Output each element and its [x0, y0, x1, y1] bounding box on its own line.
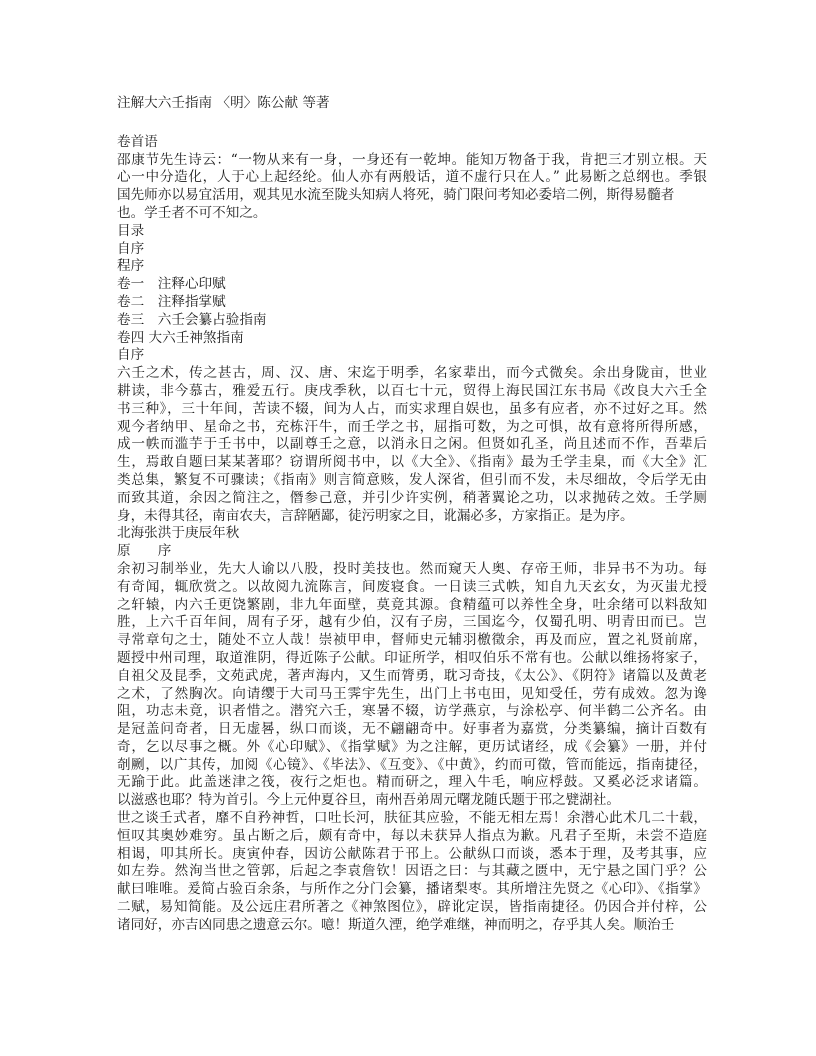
text-line: 生，焉敢自题曰某某著耶？窃谓所阅书中，以《大全》、《指南》最为壬学圭臬，而《大全… — [117, 454, 707, 472]
text-line: 身，未得其径，南亩农夫，言辞陋鄙，徒污明家之目，讹漏必多，方家指正。是为序。 — [117, 508, 707, 526]
text-line: 阻，功志未竟，识者惜之。潜究六壬，寒暑不辍，访学燕京，与涂松亭、何半鹤二公齐名。… — [117, 703, 707, 721]
text-line: 类总集，繁复不可骤读；《指南》则言简意赅，发人深省，但引而不发，未尽细故，令后学… — [117, 472, 707, 490]
text-line: 是冠盖问奇者，日无虚晷，纵口而谈，无不翩翩奇中。好事者为嘉赏，分类纂编，摘计百数… — [117, 721, 707, 739]
text-line: 之术，了然胸次。向请缨于大司马王霁宇先生，出门上书屯田，见知受任，劳有成效。忽为… — [117, 686, 707, 704]
text-line: 以滋惑也耶？特为首引。今上元仲夏谷旦，南州吾弟周元曙龙随氏题于邗之甓湖社。 — [117, 792, 707, 810]
document-page: 注解大六壬指南 〈明〉陈公献 等著 卷首语邵康节先生诗云：“一物从来有一身，一身… — [117, 95, 707, 935]
text-line: 程序 — [117, 258, 707, 276]
text-line: 有奇闻，辄欣赏之。以故阅九流陈言，间废寝食。一日读三式帙，知自九天玄女，为灭蚩尤… — [117, 579, 707, 597]
text-line: 自序 — [117, 241, 707, 259]
text-line: 书三种》，三十年间，苦读不辍，间为人占，而实求理自娱也，虽多有应者，亦不过好之耳… — [117, 401, 707, 419]
text-line: 世之谈壬式者，靡不自矜神哲，口吐长河，肤征其应验，不能无相左焉！余潜心此术几二十… — [117, 810, 707, 828]
text-line: 邵康节先生诗云：“一物从来有一身，一身还有一乾坤。能知万物备于我，肯把三才别立根… — [117, 152, 707, 170]
text-line: 而致其道，余因之简注之，僭参己意，并引少许实例，稍著翼论之功，以求抛砖之效。壬学… — [117, 490, 707, 508]
text-line: 也。学壬者不可不知之。 — [117, 205, 707, 223]
text-line: 卷四 大六壬神煞指南 — [117, 330, 707, 348]
text-line: 卷一 注释心印赋 — [117, 276, 707, 294]
text-line: 目录 — [117, 223, 707, 241]
text-line: 寻常章句之士，随处不立人哉！崇祯甲申，督师史元辅羽檄徵余，再及而应，置之礼贤前席… — [117, 632, 707, 650]
text-line: 如左券。然洵当世之管郭，后起之李袁詹钦！因语之曰：与其藏之匮中，无宁悬之国门乎？… — [117, 863, 707, 881]
text-line: 成一帙而滥芋于壬书中，以副尊壬之意，以消永日之闲。但贤如孔圣，尚且述而不作，吾辈… — [117, 436, 707, 454]
text-line: 心一中分造化，人于心上起经纶。仙人亦有两般话，道不虚行只在人。” 此易断之总纲也… — [117, 169, 707, 187]
text-line: 卷首语 — [117, 134, 707, 152]
text-line: 诸同好，亦吉凶同患之遗意云尔。噫！斯道久湮，绝学难继，神而明之，存乎其人矣。顺治… — [117, 917, 707, 935]
text-line: 北海张洪于庚辰年秋 — [117, 525, 707, 543]
text-line: 自祖父及昆季，文苑武虎，著声海内，又生而膂勇，耽习奇技，《太公》、《阴符》诸篇以… — [117, 668, 707, 686]
text-line: 原 序 — [117, 543, 707, 561]
text-line: 无踰于此。此盖迷津之筏，夜行之炬也。精而研之，理入牛毛，响应桴鼓。又奚必泛求诸篇… — [117, 774, 707, 792]
text-line: 之轩辕，内六壬更饶繁剧，非九年面壁，莫竟其源。食精蕴可以养性全身，吐余绪可以料敌… — [117, 597, 707, 615]
text-line: 剞劂，以广其传，加阅《心镜》、《毕法》、《互变》、《中黄》，约而可徵，管而能远，… — [117, 757, 707, 775]
document-body: 卷首语邵康节先生诗云：“一物从来有一身，一身还有一乾坤。能知万物备于我，肯把三才… — [117, 134, 707, 935]
text-line: 观今者纳甲、星命之书，充栋汗牛，而壬学之书，屈指可数，为之可惧，故有意将所得所感… — [117, 419, 707, 437]
text-line: 恒叹其奥妙难穷。虽占断之后，颇有奇中，每以未获异人指点为歉。凡君子至斯，未尝不造… — [117, 828, 707, 846]
text-line: 余初习制举业，先大人谕以八股，投时美技也。然而窥天人奥、存帝王师，非异书不为功。… — [117, 561, 707, 579]
text-line: 献曰唯唯。爰简占验百余条，与所作之分门会纂，播诸梨枣。其所增注先贤之《心印》、《… — [117, 881, 707, 899]
text-line: 国先师亦以易宜活用，观其见水流至陇头知病人将死，骑门限问考知必委培二例，斯得易髓… — [117, 187, 707, 205]
text-line: 六壬之术，传之甚古，周、汉、唐、宋迄于明季，名家辈出，而今式微矣。余出身陇亩，世… — [117, 365, 707, 383]
text-line: 奇，乞以尽事之概。外《心印赋》、《指掌赋》为之注解，更历试诸经，成《会纂》一册，… — [117, 739, 707, 757]
document-title: 注解大六壬指南 〈明〉陈公献 等著 — [117, 95, 707, 113]
text-line: 相谒，叩其所长。庚寅仲春，因访公献陈君于邗上。公献纵口而谈，悉本于理，及考其事，… — [117, 846, 707, 864]
text-line: 卷二 注释指掌赋 — [117, 294, 707, 312]
text-line: 胜，上六千百年间，周有子牙，越有少伯，汉有子房，三国迄今，仅蜀孔明、明青田而已。… — [117, 614, 707, 632]
text-line: 二赋，易知简能。及公远庄君所著之《神煞图位》，辟讹定误，皆指南捷径。仍因合并付梓… — [117, 899, 707, 917]
text-line: 耕读，非今慕古，雅爱五行。庚戌季秋，以百七十元，贸得上海民国江东书局《改良大六壬… — [117, 383, 707, 401]
text-line: 自序 — [117, 347, 707, 365]
text-line: 题授中州司理，取道淮阴，得近陈子公献。印证所学，相叹伯乐不常有也。公献以维扬将家… — [117, 650, 707, 668]
text-line: 卷三 六壬会纂占验指南 — [117, 312, 707, 330]
